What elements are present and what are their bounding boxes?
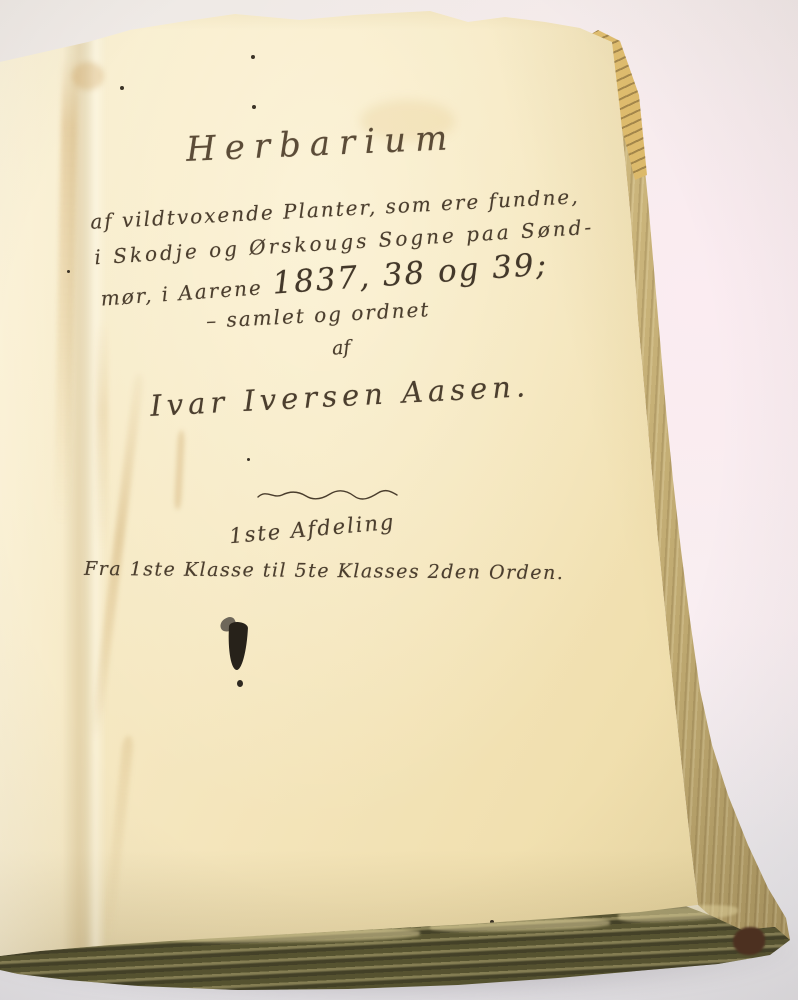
manuscript-line-prefix: mør, i Aarene xyxy=(100,275,264,310)
stain-streak xyxy=(96,320,108,550)
ink-speck xyxy=(67,270,70,273)
ink-blot xyxy=(227,622,248,671)
manuscript-line: af xyxy=(331,336,351,359)
stain-spot xyxy=(72,62,104,90)
stain-streak xyxy=(174,430,185,510)
ink-speck xyxy=(251,55,255,59)
manuscript-title: Herbarium xyxy=(185,118,457,170)
section-heading: 1ste Afdeling xyxy=(228,510,396,548)
ink-speck xyxy=(247,458,250,461)
ink-blot-drip xyxy=(237,680,243,687)
ink-speck xyxy=(120,86,124,90)
bottom-stack-fiber-knot xyxy=(733,927,765,955)
divider-flourish xyxy=(256,487,400,503)
ink-speck xyxy=(252,105,256,109)
section-subheading: Fra 1ste Klasse til 5te Klasses 2den Ord… xyxy=(84,558,565,584)
photo-scene: Herbarium af vildtvoxende Planter, som e… xyxy=(0,0,798,1000)
author-signature: Ivar Iversen Aasen. xyxy=(149,369,530,423)
manuscript-title-page: Herbarium af vildtvoxende Planter, som e… xyxy=(0,0,798,1000)
